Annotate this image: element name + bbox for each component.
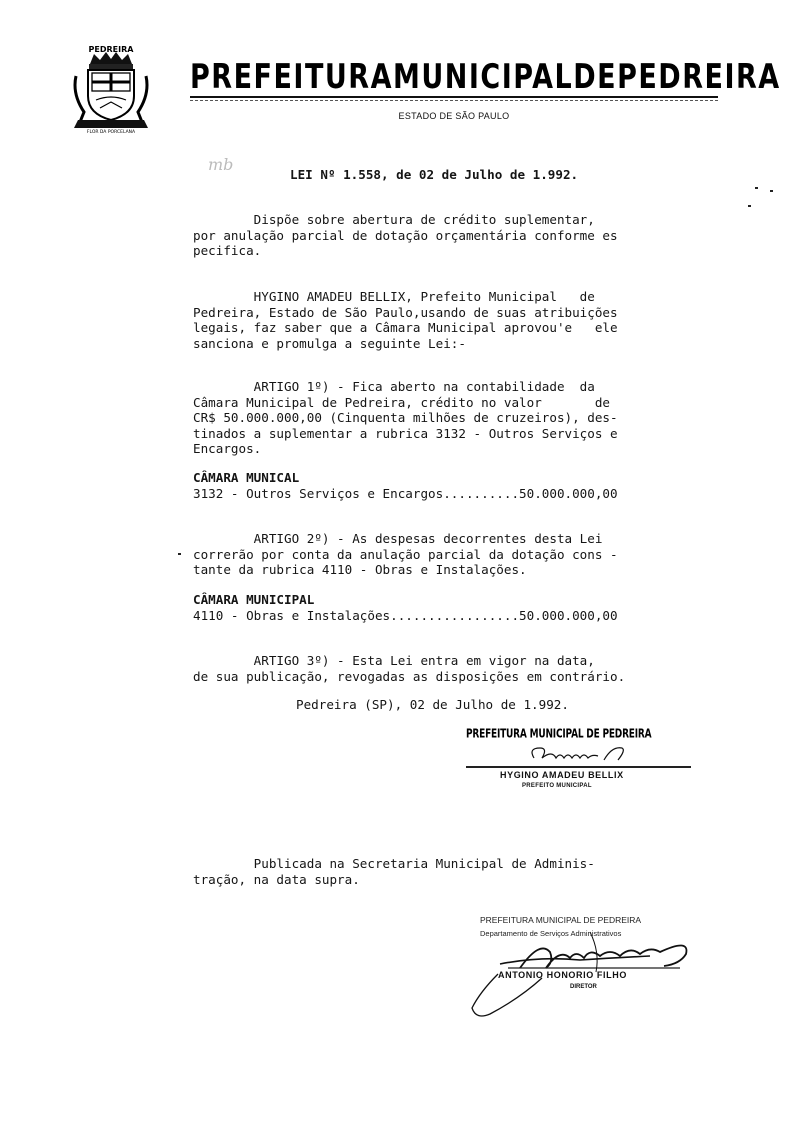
speck [755, 187, 758, 189]
municipal-crest-icon: PEDREIRA FLOR DA PORCELANA [70, 42, 152, 138]
text-line: por anulação parcial de dotação orçament… [193, 228, 618, 244]
letterhead-title: PREFEITURA MUNICIPAL DE PEDREIRA [190, 58, 718, 97]
text-line: Encargos. [193, 441, 618, 457]
text-line: correrão por conta da anulação parcial d… [193, 547, 618, 563]
entry-line: 4110 - Obras e Instalações..............… [193, 608, 618, 624]
law-number: LEI Nº 1.558, de 02 de Julho de 1.992. [290, 167, 578, 182]
letterhead-word: MUNICIPAL [393, 58, 573, 97]
signature-line [466, 766, 691, 768]
entry-heading: CÂMARA MUNICAL [193, 470, 618, 486]
signature-stamp: PREFEITURA MUNICIPAL DE PEDREIRA [480, 915, 641, 925]
text-line: Pedreira, Estado de São Paulo,usando de … [193, 305, 618, 321]
text-line: CR$ 50.000.000,00 (Cinquenta milhões de … [193, 410, 618, 426]
speck [178, 553, 181, 555]
artigo-2: ARTIGO 2º) - As despesas decorrentes des… [193, 531, 618, 578]
text-line: tante da rubrica 4110 - Obras e Instalaç… [193, 562, 618, 578]
entry-heading: CÂMARA MUNICIPAL [193, 592, 618, 608]
speck [748, 205, 751, 207]
law-title: LEI Nº 1.558, de 02 de Julho de 1.992. [290, 167, 578, 183]
text-line: sanciona e promulga a seguinte Lei:- [193, 336, 618, 352]
place-date: Pedreira (SP), 02 de Julho de 1.992. [296, 697, 569, 713]
letterhead-word: PREFEITURA [190, 58, 393, 97]
budget-entry-2: CÂMARA MUNICIPAL4110 - Obras e Instalaçõ… [193, 592, 618, 623]
crest-motto-text: FLOR DA PORCELANA [87, 129, 136, 135]
text-line: ARTIGO 2º) - As despesas decorrentes des… [193, 531, 618, 547]
handwritten-mark: mb [208, 155, 233, 174]
budget-entry-1: CÂMARA MUNICAL3132 - Outros Serviços e E… [193, 470, 618, 501]
text-line: tração, na data supra. [193, 872, 595, 888]
director-signature-block: PREFEITURA MUNICIPAL DE PEDREIRA Departa… [470, 912, 720, 1032]
text-line: Câmara Municipal de Pedreira, crédito no… [193, 395, 618, 411]
law-summary: Dispõe sobre abertura de crédito supleme… [193, 212, 618, 259]
letterhead-rule [190, 96, 718, 98]
text-line: Dispõe sobre abertura de crédito supleme… [193, 212, 618, 228]
mayor-signature-block: PREFEITURA MUNICIPAL DE PEDREIRA HYGINO … [466, 728, 691, 738]
signer-name: HYGINO AMADEU BELLIX [500, 770, 624, 780]
text-line: Publicada na Secretaria Municipal de Adm… [193, 856, 595, 872]
signature-stamp: PREFEITURA MUNICIPAL DE PEDREIRA [466, 728, 691, 742]
text-line: tinados a suplementar a rubrica 3132 - O… [193, 426, 618, 442]
text-line: de sua publicação, revogadas as disposiç… [193, 669, 625, 685]
publication-note: Publicada na Secretaria Municipal de Adm… [193, 856, 595, 887]
text-line: HYGINO AMADEU BELLIX, Prefeito Municipal… [193, 289, 618, 305]
letterhead-rule-dashed [190, 100, 718, 101]
text-line: ARTIGO 3º) - Esta Lei entra em vigor na … [193, 653, 625, 669]
text-line: legais, faz saber que a Câmara Municipal… [193, 320, 618, 336]
signer-name: ANTONIO HONORIO FILHO [498, 970, 627, 980]
letterhead-word: DE [573, 58, 617, 97]
document-page: PEDREIRA FLOR DA PORCELANA PREFEITURA MU… [0, 0, 800, 1126]
text-line: ARTIGO 1º) - Fica aberto na contabilidad… [193, 379, 618, 395]
handwritten-signature-icon [526, 742, 636, 768]
text-line: pecifica. [193, 243, 618, 259]
signer-role: PREFEITO MUNICIPAL [522, 783, 592, 789]
signer-role: DIRETOR [570, 984, 597, 990]
entry-line: 3132 - Outros Serviços e Encargos.......… [193, 486, 618, 502]
speck [770, 190, 773, 192]
letterhead-state: ESTADO DE SÃO PAULO [0, 111, 800, 121]
law-preamble: HYGINO AMADEU BELLIX, Prefeito Municipal… [193, 289, 618, 351]
letterhead-word: PEDREIRA [617, 58, 781, 97]
signature-department: Departamento de Serviços Administrativos [480, 929, 621, 938]
crest-top-text: PEDREIRA [89, 45, 135, 54]
artigo-3: ARTIGO 3º) - Esta Lei entra em vigor na … [193, 653, 625, 684]
artigo-1: ARTIGO 1º) - Fica aberto na contabilidad… [193, 379, 618, 457]
